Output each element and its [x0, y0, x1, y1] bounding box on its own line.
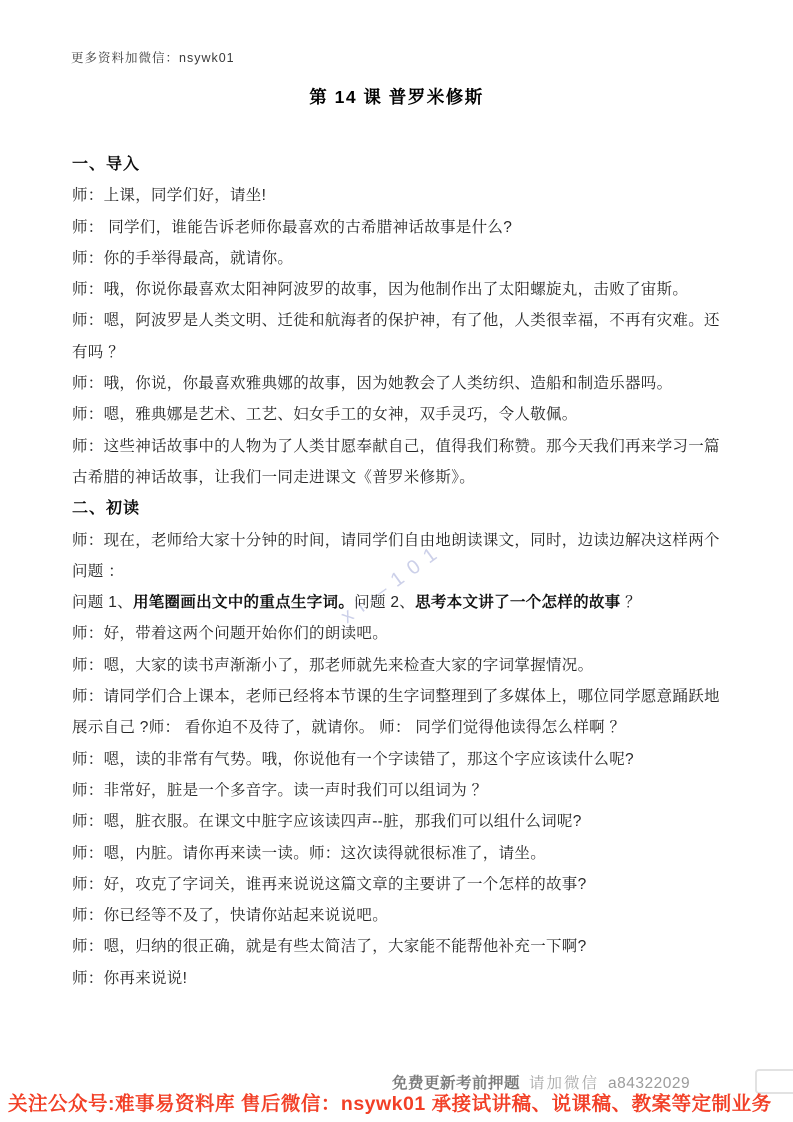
- dialogue-line: 师：嗯，大家的读书声渐渐小了，那老师就先来检查大家的字词掌握情况。: [72, 650, 744, 681]
- question-1-label: 问题 1、: [72, 594, 133, 611]
- question-2-label: 问题 2、: [354, 594, 415, 611]
- dialogue-line: 师：嗯，阿波罗是人类文明、迁徙和航海者的保护神，有了他，人类很幸福，不再有灾难。…: [72, 305, 744, 336]
- dialogue-line: 师：请同学们合上课本，老师已经将本节课的生字词整理到了多媒体上，哪位同学愿意踊跃…: [72, 681, 744, 712]
- dialogue-line: 师：嗯，脏衣服。在课文中脏字应该读四声--脏，那我们可以组什么词呢?: [72, 806, 744, 837]
- section-heading-intro: 一、导入: [72, 149, 744, 180]
- dialogue-line: 师：现在，老师给大家十分钟的时间，请同学们自由地朗读课文，同时，边读边解决这样两…: [72, 525, 744, 556]
- dialogue-line: 问题 ：: [72, 556, 744, 587]
- footer-red-banner: 关注公众号:难事易资料库 售后微信：nsywk01 承接试讲稿、说课稿、教案等定…: [8, 1088, 772, 1116]
- dialogue-line: 师：嗯，雅典娜是艺术、工艺、妇女手工的女神，双手灵巧，令人敬佩。: [72, 399, 744, 430]
- dialogue-line: 师：嗯，内脏。请你再来读一读。师：这次读得就很标准了，请坐。: [72, 838, 744, 869]
- questions-line: 问题 1、用笔圈画出文中的重点生字词。问题 2、思考本文讲了一个怎样的故事 ？: [72, 587, 744, 618]
- dialogue-line: 师：好，攻克了字词关，谁再来说说这篇文章的主要讲了一个怎样的故事?: [72, 869, 744, 900]
- dialogue-line: 师：这些神话故事中的人物为了人类甘愿奉献自己，值得我们称赞。那今天我们再来学习一…: [72, 431, 744, 462]
- dialogue-line: 古希腊的神话故事，让我们一同走进课文《普罗米修斯》。: [72, 462, 744, 493]
- dialogue-line: 师：非常好，脏是一个多音字。读一声时我们可以组词为 ？: [72, 775, 744, 806]
- document-page: 更多资料加微信：nsywk01 第 14 课 普罗米修斯 xi—101 一、导入…: [0, 0, 793, 1122]
- dialogue-line: 有吗 ？: [72, 337, 744, 368]
- dialogue-line: 师：好，带着这两个问题开始你们的朗读吧。: [72, 618, 744, 649]
- dialogue-line: 师：上课，同学们好，请坐!: [72, 180, 744, 211]
- dialogue-line: 师：你再来说说!: [72, 963, 744, 994]
- section-heading-first-reading: 二、初读: [72, 493, 744, 524]
- top-contact-note: 更多资料加微信：nsywk01: [71, 48, 235, 66]
- dialogue-line: 师：你的手举得最高，就请你。: [72, 243, 744, 274]
- page-title: 第 14 课 普罗米修斯: [0, 84, 793, 109]
- question-2-text: 思考本文讲了一个怎样的故事: [415, 594, 620, 611]
- dialogue-line: 师：嗯，归纳的很正确，就是有些太简洁了，大家能不能帮他补充一下啊?: [72, 931, 744, 962]
- dialogue-line: 师：哦，你说，你最喜欢雅典娜的故事，因为她教会了人类纺织、造船和制造乐器吗。: [72, 368, 744, 399]
- dialogue-line: 展示自己 ?师： 看你迫不及待了，就请你。 师： 同学们觉得他读得怎么样啊 ？: [72, 712, 744, 743]
- question-2-tail: ？: [620, 594, 640, 611]
- dialogue-line: 师：嗯，读的非常有气势。哦，你说他有一个字读错了，那这个字应该读什么呢?: [72, 744, 744, 775]
- question-1-text: 用笔圈画出文中的重点生字词。: [133, 594, 354, 611]
- dialogue-line: 师：哦，你说你最喜欢太阳神阿波罗的故事，因为他制作出了太阳螺旋丸，击败了宙斯。: [72, 274, 744, 305]
- lesson-script-body: 一、导入 师：上课，同学们好，请坐! 师： 同学们，谁能告诉老师你最喜欢的古希腊…: [72, 149, 744, 994]
- dialogue-line: 师：你已经等不及了，快请你站起来说说吧。: [72, 900, 744, 931]
- dialogue-line: 师： 同学们，谁能告诉老师你最喜欢的古希腊神话故事是什么?: [72, 212, 744, 243]
